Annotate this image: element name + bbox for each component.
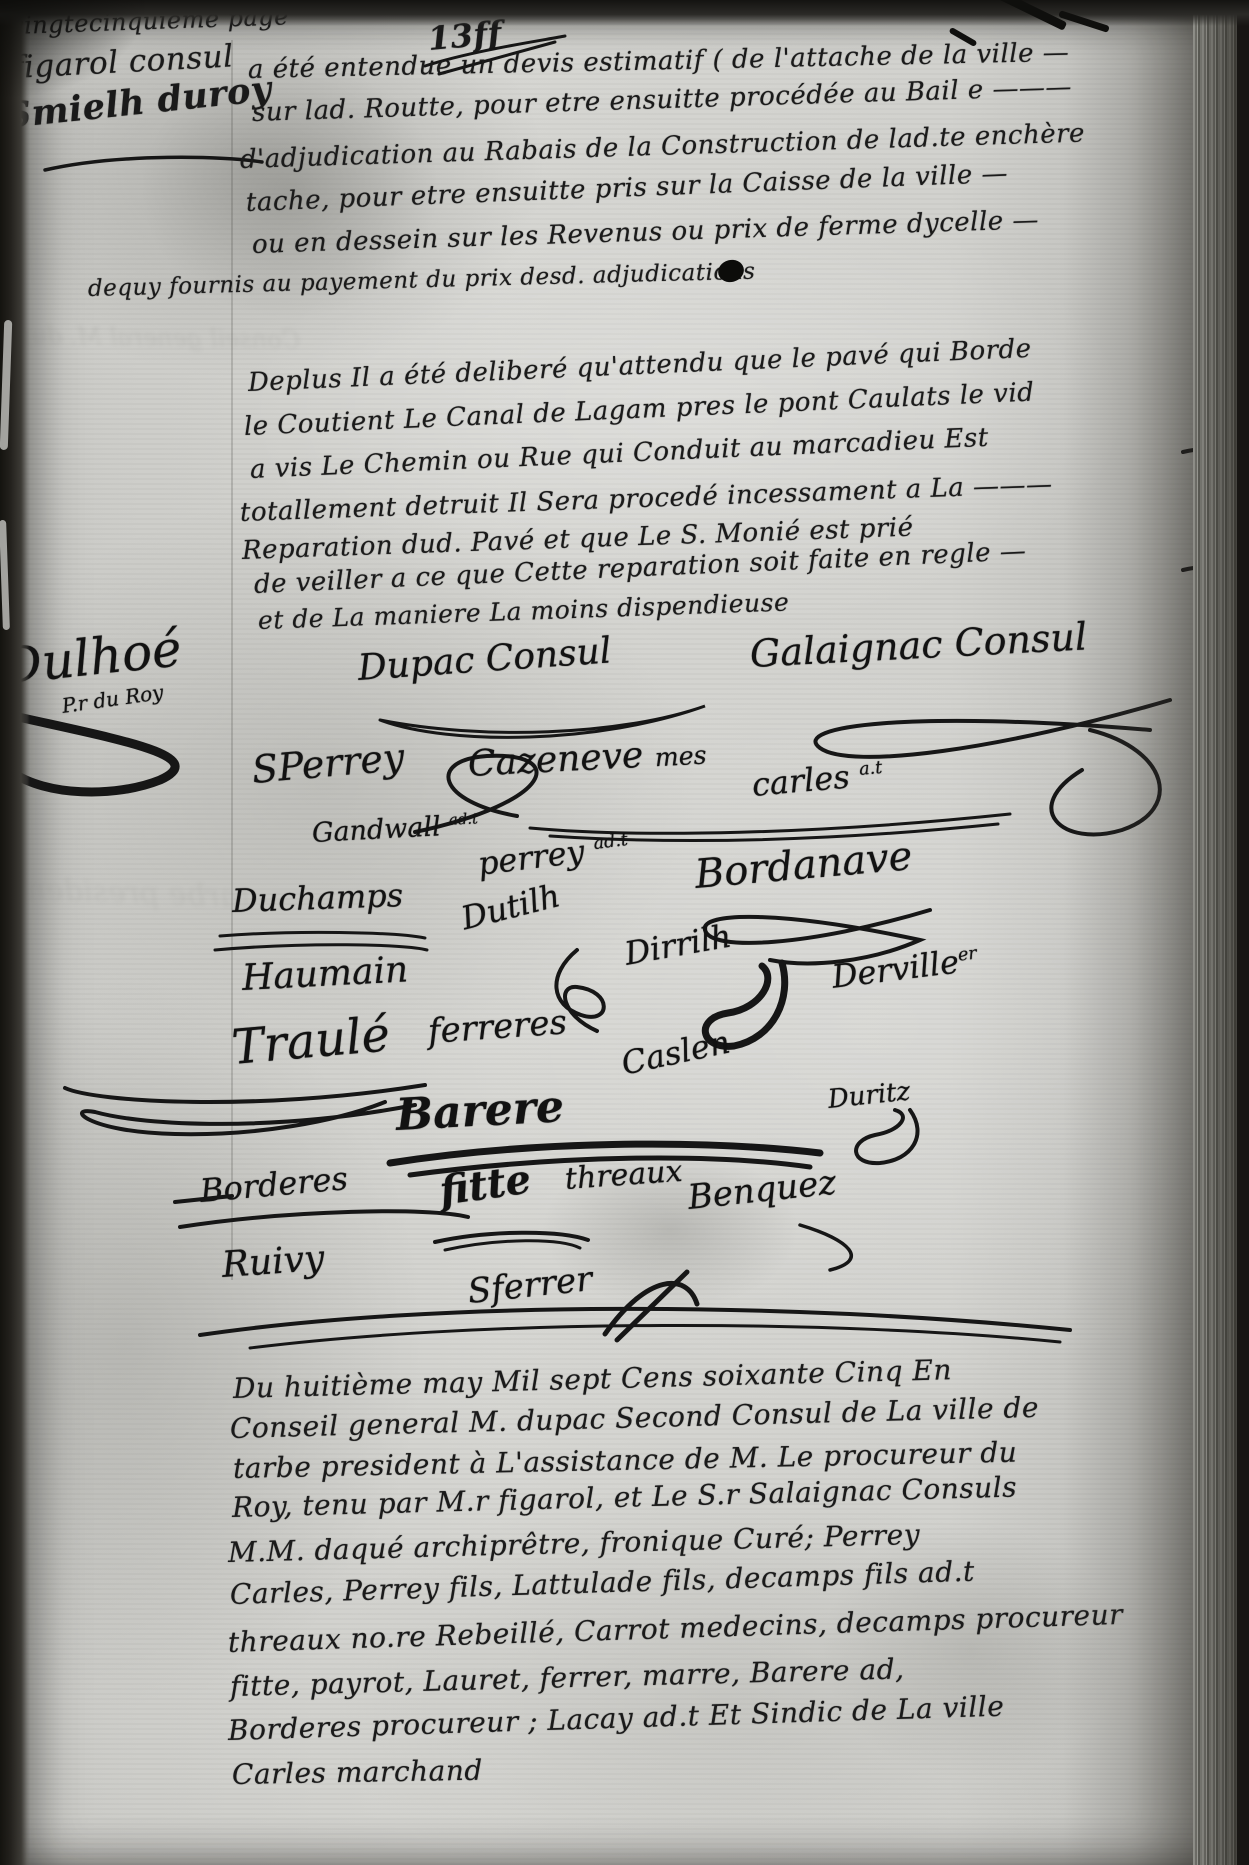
signature: Duchamps	[231, 876, 403, 920]
signature: ferreres	[427, 1002, 569, 1052]
signature-qualifier: Consul	[484, 630, 612, 680]
signature-flourish	[790, 1215, 880, 1275]
signature-name: Caslen	[618, 1023, 733, 1083]
signature-name: Haumain	[241, 949, 409, 999]
signature-flourish	[430, 1222, 595, 1254]
page-edge-sliver	[0, 520, 10, 630]
page-edge-sliver	[0, 320, 12, 450]
signature-name: Dupac	[357, 640, 476, 689]
signature-qualifier: er	[957, 944, 978, 966]
signature: Traulé	[230, 1006, 393, 1076]
signature-flourish	[0, 700, 240, 810]
signature: Dupac Consul	[357, 630, 613, 689]
signature: Galaignac Consul	[749, 614, 1088, 676]
book-edge-dark	[1237, 0, 1249, 1865]
signature-flourish	[55, 1070, 435, 1150]
signature-name: Dutilh	[457, 876, 563, 937]
signature-name: Barere	[395, 1081, 566, 1141]
ghost-text: Conseil general M. dupac Second Consul d…	[0, 314, 300, 354]
signature-name: ferreres	[427, 1002, 569, 1052]
signature: Caslen	[618, 1023, 733, 1083]
page-paper: le Coutient Le Canal de Lagam pres le po…	[0, 0, 1249, 1865]
signature: Dutilh	[457, 876, 563, 937]
margin-underline-flourish	[40, 148, 270, 180]
ghost-text: tarbe president à L'assistance de M. Le …	[0, 852, 251, 915]
signature: Barere	[395, 1081, 566, 1141]
text-line: Carles marchand	[232, 1754, 483, 1791]
signature-qualifier: ad.t	[448, 809, 478, 828]
signature-flourish	[190, 1290, 1090, 1355]
signature-qualifier: a.t	[858, 758, 883, 780]
manuscript-photo: le Coutient Le Canal de Lagam pres le po…	[0, 0, 1249, 1865]
book-binding-gutter	[0, 0, 30, 1865]
signature: SPerrey	[250, 735, 406, 792]
signature-name: SPerrey	[250, 735, 406, 792]
photo-corner-shadow	[0, 0, 150, 100]
signature-name: Ruivy	[221, 1238, 326, 1286]
signature: Haumain	[241, 949, 409, 999]
signature-flourish	[840, 1105, 935, 1175]
page-curvature-shadow	[1063, 0, 1193, 1865]
signature-name: Duchamps	[231, 876, 403, 920]
signature-qualifier: mes	[654, 741, 707, 773]
signature-name: Galaignac	[749, 622, 944, 676]
signature: Ruivy	[221, 1238, 326, 1286]
signature-name: Cazeneve	[467, 735, 644, 785]
signature-name: Traulé	[230, 1006, 393, 1076]
signature-qualifier: ad.t	[592, 830, 629, 854]
